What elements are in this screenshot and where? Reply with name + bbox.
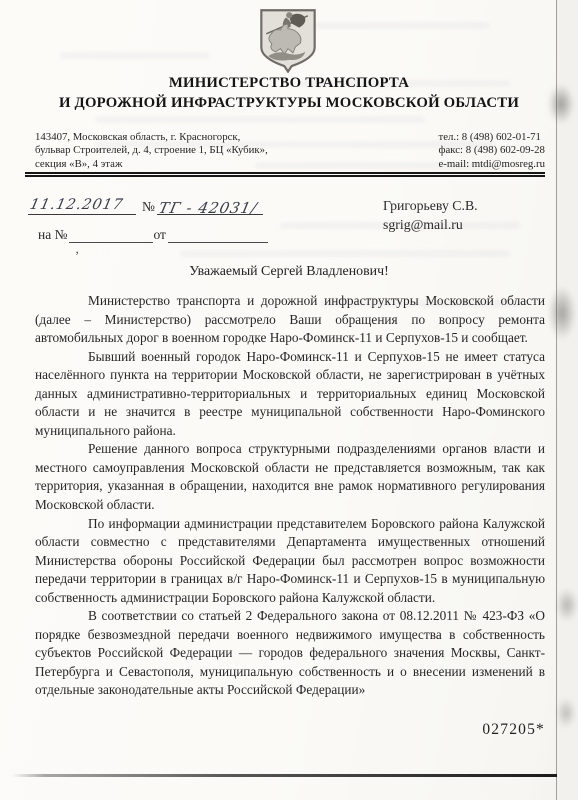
bleed-through-text	[300, 22, 490, 29]
scan-smudge	[556, 698, 576, 728]
ministry-title-line2: И ДОРОЖНОЙ ИНФРАСТРУКТУРЫ МОСКОВСКОЙ ОБЛ…	[0, 94, 578, 114]
paragraph: Министерство транспорта и дорожной инфра…	[35, 292, 545, 348]
outgoing-number-field: ТГ - 42031/	[157, 188, 263, 215]
ministry-title-line1: МИНИСТЕРСТВО ТРАНСПОРТА	[0, 74, 578, 94]
phone-email-block: тел.: 8 (498) 602-01-71 факс: 8 (498) 60…	[439, 131, 546, 171]
recipient-block: Григорьеву С.В. sgrig@mail.ru	[383, 197, 478, 234]
reply-number-blank	[69, 227, 153, 243]
phone-line: тел.: 8 (498) 602-01-71	[439, 131, 546, 144]
letterhead-contacts: 143407, Московская область, г. Красногор…	[35, 131, 545, 171]
bleed-through-text	[60, 52, 210, 59]
registration-stamp-number: 027205*	[482, 721, 545, 739]
paragraph: По информации администрации представител…	[35, 515, 545, 608]
footer-divider	[12, 774, 557, 777]
bleed-through-text	[180, 250, 510, 257]
letter-body: Министерство транспорта и дорожной инфра…	[35, 292, 545, 700]
recipient-email: sgrig@mail.ru	[383, 216, 478, 235]
reply-from-label: от	[153, 227, 165, 242]
fax-line: факс: 8 (498) 602-09-28	[439, 144, 546, 157]
scan-smudge	[556, 588, 578, 622]
bleed-through-text	[95, 116, 425, 123]
address-line: бульвар Строителей, д. 4, строение 1, БЦ…	[35, 144, 268, 157]
scanned-letter-page: МИНИСТЕРСТВО ТРАНСПОРТА И ДОРОЖНОЙ ИНФРА…	[0, 0, 578, 800]
letterhead-divider	[25, 172, 545, 177]
email-line: e-mail: mtdi@mosreg.ru	[439, 158, 546, 171]
ministry-title: МИНИСТЕРСТВО ТРАНСПОРТА И ДОРОЖНОЙ ИНФРА…	[0, 74, 578, 113]
scan-smudge	[548, 286, 576, 340]
moscow-region-coat-of-arms-icon	[257, 7, 319, 73]
outgoing-date-field: 11.12.2017	[28, 190, 136, 215]
address-line: секция «В», 4 этаж	[35, 158, 268, 171]
handwritten-number: ТГ - 42031/	[157, 199, 259, 217]
recipient-name: Григорьеву С.В.	[383, 197, 478, 216]
reply-date-blank	[168, 227, 268, 243]
number-sign-label: №	[142, 199, 155, 215]
reply-prefix-label: на №	[38, 227, 67, 242]
address-line: 143407, Московская область, г. Красногор…	[35, 131, 268, 144]
salutation: Уважаемый Сергей Владленович!	[0, 264, 578, 280]
paragraph: В соответствии со статьей 2 Федерального…	[35, 607, 545, 700]
paragraph: Решение данного вопроса структурными под…	[35, 440, 545, 514]
paragraph: Бывший военный городок Наро-Фоминск-11 и…	[35, 348, 545, 441]
handwritten-date: 11.12.2017	[28, 197, 124, 213]
reply-reference-row: на №от	[38, 227, 268, 243]
postal-address: 143407, Московская область, г. Красногор…	[35, 131, 268, 171]
